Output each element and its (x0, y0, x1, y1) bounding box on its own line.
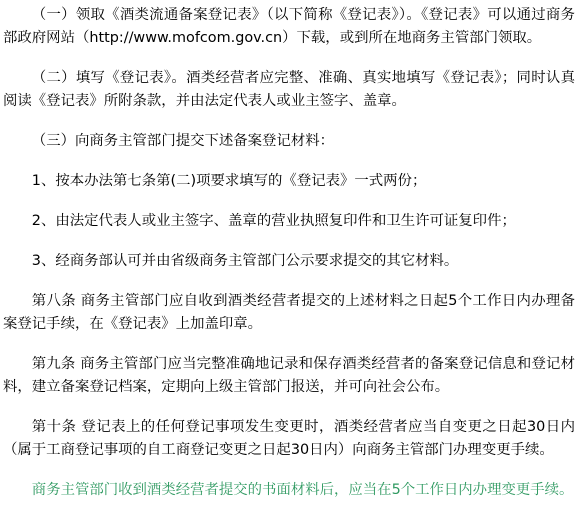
paragraph: （一）领取《酒类流通备案登记表》（以下简称《登记表》）。《登记表》可以通过商务部… (3, 4, 575, 50)
paragraph: 第十条 登记表上的任何登记事项发生变更时，酒类经营者应当自变更之日起30日内（属… (3, 416, 575, 462)
paragraph: 2、由法定代表人或业主签字、盖章的营业执照复印件和卫生许可证复印件； (3, 210, 575, 233)
document-body: （一）领取《酒类流通备案登记表》（以下简称《登记表》）。《登记表》可以通过商务部… (0, 0, 577, 502)
paragraph: 第八条 商务主管部门应自收到酒类经营者提交的上述材料之日起5个工作日内办理备案登… (3, 290, 575, 336)
paragraph: 第九条 商务主管部门应当完整准确地记录和保存酒类经营者的备案登记信息和登记材料，… (3, 353, 575, 399)
paragraph: 1、按本办法第七条第(二)项要求填写的《登记表》一式两份； (3, 170, 575, 193)
paragraph: （二）填写《登记表》。酒类经营者应完整、准确、真实地填写《登记表》；同时认真阅读… (3, 67, 575, 113)
document-page: （一）领取《酒类流通备案登记表》（以下简称《登记表》）。《登记表》可以通过商务部… (0, 0, 577, 505)
paragraph: （三）向商务主管部门提交下述备案登记材料： (3, 130, 575, 153)
paragraph: 3、经商务部认可并由省级商务主管部门公示要求提交的其它材料。 (3, 250, 575, 273)
paragraph-highlighted: 商务主管部门收到酒类经营者提交的书面材料后，应当在5个工作日内办理变更手续。 (3, 479, 575, 502)
